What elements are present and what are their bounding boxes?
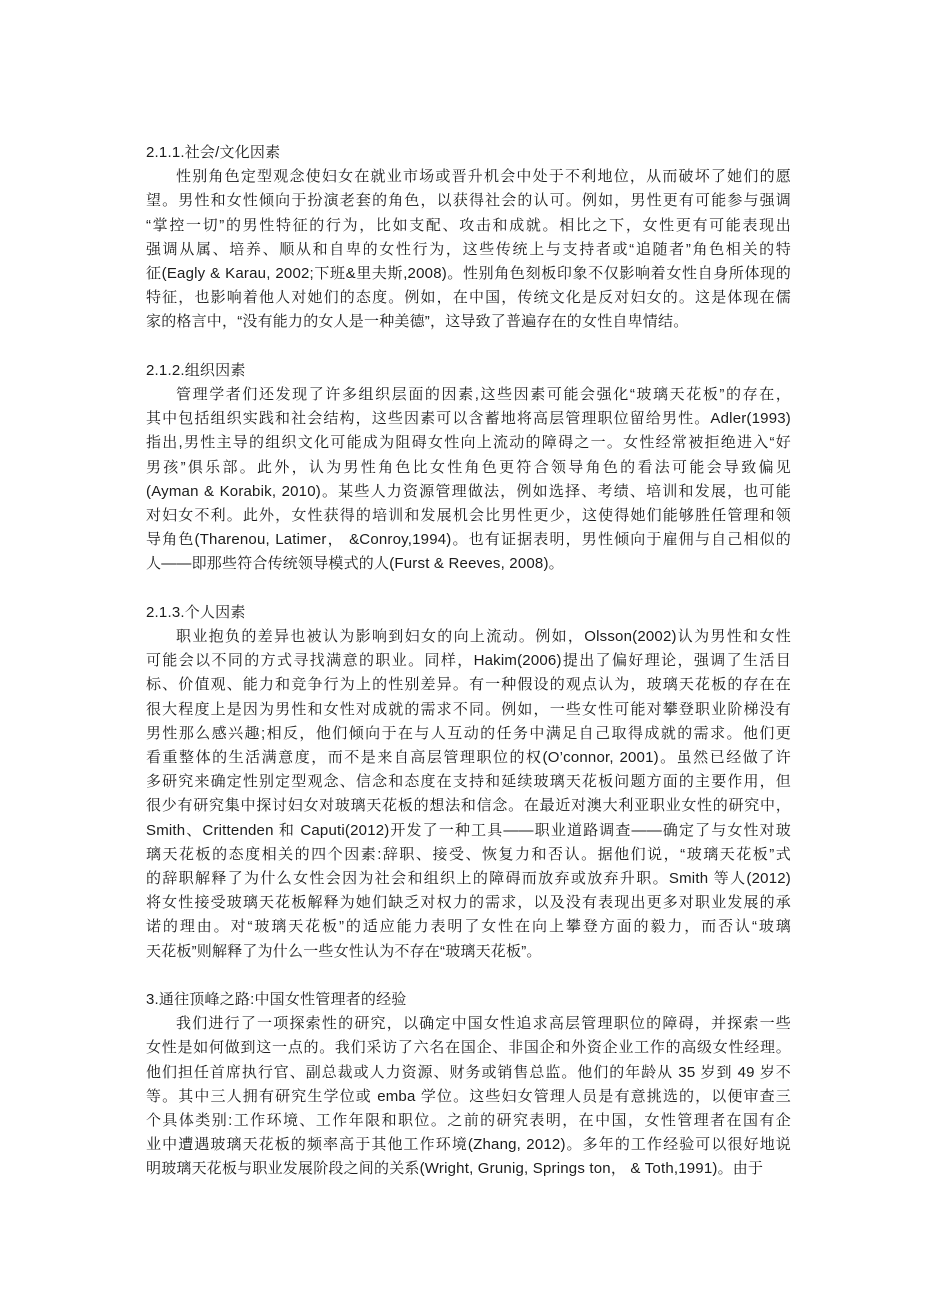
- section-gap: [146, 964, 791, 988]
- paragraph-line: 我们进行了一项探索性的研究，以确定中国女性追求高层管理职位的障碍，并探索一些: [146, 1012, 791, 1036]
- paragraph-line: 标、价值观、能力和竞争行为上的性别差异。有一种假设的观点认为，玻璃天花板的存在在: [146, 673, 791, 697]
- paragraph-line: 人——即那些符合传统领导模式的人(Furst & Reeves, 2008)。: [146, 552, 791, 576]
- section-heading: 3.通往顶峰之路:中国女性管理者的经验: [146, 988, 791, 1012]
- paragraph-line: 职业抱负的差异也被认为影响到妇女的向上流动。例如，Olsson(2002)认为男…: [146, 625, 791, 649]
- paragraph-line: 璃天花板的态度相关的四个因素:辞职、接受、恢复力和否认。据他们说，“玻璃天花板”…: [146, 843, 791, 867]
- paragraph-line: 个具体类别:工作环境、工作年限和职位。之前的研究表明，在中国，女性管理者在国有企: [146, 1109, 791, 1133]
- paragraph-line: 性别角色定型观念使妇女在就业市场或晋升机会中处于不利地位，从而破坏了她们的愿: [146, 165, 791, 189]
- paragraph-line: 导角色(Tharenou, Latimer， &Conroy,1994)。也有证…: [146, 528, 791, 552]
- paragraph-line: (Ayman & Korabik, 2010)。某些人力资源管理做法，例如选择、…: [146, 480, 791, 504]
- paragraph-line: 男孩”俱乐部。此外，认为男性角色比女性角色更符合领导角色的看法可能会导致偏见: [146, 456, 791, 480]
- paragraph-line: 将女性接受玻璃天花板解释为她们缺乏对权力的需求，以及没有表现出更多对职业发展的承: [146, 891, 791, 915]
- paragraph-line: 男性那么感兴趣;相反，他们倾向于在与人互动的任务中满足自己取得成就的需求。他们更: [146, 722, 791, 746]
- paragraph-line: 很大程度上是因为男性和女性对成就的需求不同。例如，一些女性可能对攀登职业阶梯没有: [146, 698, 791, 722]
- paragraph-line: 多研究来确定性别定型观念、信念和态度在支持和延续玻璃天花板问题方面的主要作用，但: [146, 770, 791, 794]
- paragraph-line: 对妇女不利。此外，女性获得的培训和发展机会比男性更少，这使得她们能够胜任管理和领: [146, 504, 791, 528]
- paragraph-line: 强调从属、培养、顺从和自卑的女性行为，这些传统上与支持者或“追随者”角色相关的特: [146, 238, 791, 262]
- paragraph-line: Smith、Crittenden 和 Caputi(2012)开发了一种工具——…: [146, 819, 791, 843]
- paragraph-line: 望。男性和女性倾向于扮演老套的角色，以获得社会的认可。例如，男性更有可能参与强调: [146, 189, 791, 213]
- section-heading: 2.1.1.社会/文化因素: [146, 141, 791, 165]
- paragraph-line: 可能会以不同的方式寻找满意的职业。同样，Hakim(2006)提出了偏好理论，强…: [146, 649, 791, 673]
- paragraph-line: 天花板”则解释了为什么一些女性认为不存在“玻璃天花板”。: [146, 940, 791, 964]
- paragraph-line: 看重整体的生活满意度，而不是来自高层管理职位的权(O’connor, 2001)…: [146, 746, 791, 770]
- paragraph-line: 管理学者们还发现了许多组织层面的因素,这些因素可能会强化“玻璃天花板”的存在，: [146, 383, 791, 407]
- document-page-content: 2.1.1.社会/文化因素性别角色定型观念使妇女在就业市场或晋升机会中处于不利地…: [146, 141, 791, 1182]
- paragraph-line: “掌控一切”的男性特征的行为，比如支配、攻击和成就。相比之下，女性更有可能表现出: [146, 214, 791, 238]
- paragraph-line: 他们担任首席执行官、副总裁或人力资源、财务或销售总监。他们的年龄从 35 岁到 …: [146, 1061, 791, 1085]
- section-heading: 2.1.2.组织因素: [146, 359, 791, 383]
- paragraph-line: 的辞职解释了为什么女性会因为社会和组织上的障碍而放弃或放弃升职。Smith 等人…: [146, 867, 791, 891]
- paragraph-line: 特征，也影响着他人对她们的态度。例如，在中国，传统文化是反对妇女的。这是体现在儒: [146, 286, 791, 310]
- section-gap: [146, 335, 791, 359]
- paragraph-line: 诺的理由。对“玻璃天花板”的适应能力表明了女性在向上攀登方面的毅力，而否认“玻璃: [146, 915, 791, 939]
- paragraph-line: 家的格言中，“没有能力的女人是一种美德”，这导致了普遍存在的女性自卑情结。: [146, 310, 791, 334]
- paragraph-line: 业中遭遇玻璃天花板的频率高于其他工作环境(Zhang, 2012)。多年的工作经…: [146, 1133, 791, 1157]
- paragraph-line: 指出,男性主导的组织文化可能成为阻碍女性向上流动的障碍之一。女性经常被拒绝进入“…: [146, 431, 791, 455]
- section-heading: 2.1.3.个人因素: [146, 601, 791, 625]
- paragraph-line: 其中包括组织实践和社会结构，这些因素可以含蓄地将高层管理职位留给男性。Adler…: [146, 407, 791, 431]
- document-page: { "page": { "background": "#ffffff", "te…: [0, 0, 926, 1309]
- section-gap: [146, 577, 791, 601]
- paragraph-line: 征(Eagly & Karau, 2002;下班&里夫斯,2008)。性别角色刻…: [146, 262, 791, 286]
- paragraph-line: 明玻璃天花板与职业发展阶段之间的关系(Wright, Grunig, Sprin…: [146, 1157, 791, 1181]
- paragraph-line: 很少有研究集中探讨妇女对玻璃天花板的想法和信念。在最近对澳大利亚职业女性的研究中…: [146, 794, 791, 818]
- paragraph-line: 女性是如何做到这一点的。我们采访了六名在国企、非国企和外资企业工作的高级女性经理…: [146, 1036, 791, 1060]
- paragraph-line: 等。其中三人拥有研究生学位或 emba 学位。这些妇女管理人员是有意挑选的，以便…: [146, 1085, 791, 1109]
